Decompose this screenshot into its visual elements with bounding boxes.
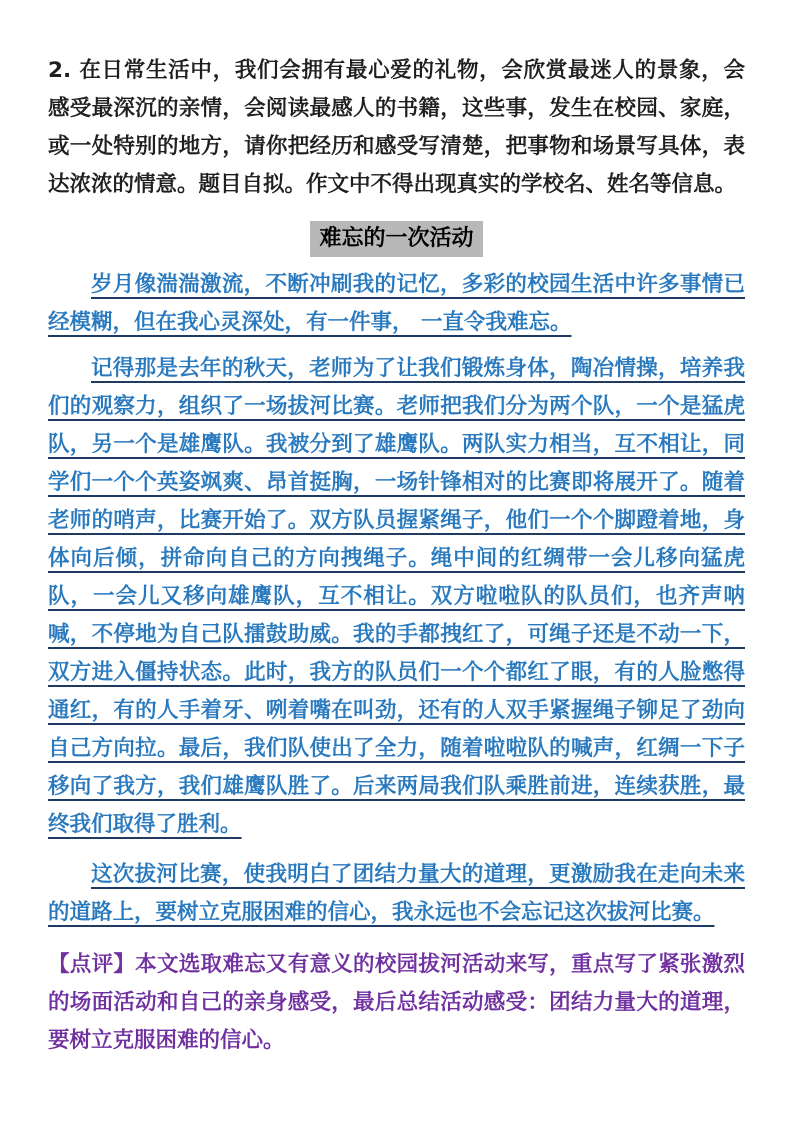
document-page: 2. 在日常生活中，我们会拥有最心爱的礼物，会欣赏最迷人的景象，会感受最深沉的亲… xyxy=(0,0,793,1122)
essay-title: 难忘的一次活动 xyxy=(310,221,482,257)
essay-paragraph: 岁月像湍湍激流，不断冲刷我的记忆，多彩的校园生活中许多事情已经模糊，但在我心灵深… xyxy=(48,266,745,342)
document-content: 2. 在日常生活中，我们会拥有最心爱的礼物，会欣赏最迷人的景象，会感受最深沉的亲… xyxy=(0,0,793,1060)
essay-paragraph: 这次拔河比赛，使我明白了团结力量大的道理，更激励我在走向未来的道路上，要树立克服… xyxy=(48,856,745,932)
essay-paragraph: 记得那是去年的秋天，老师为了让我们锻炼身体，陶冶情操，培养我们的观察力，组织了一… xyxy=(48,350,745,844)
prompt-paragraph: 2. 在日常生活中，我们会拥有最心爱的礼物，会欣赏最迷人的景象，会感受最深沉的亲… xyxy=(48,52,745,204)
review-paragraph: 【点评】本文选取难忘又有意义的校园拔河活动来写，重点写了紧张激烈的场面活动和自己… xyxy=(48,946,745,1060)
essay-title-row: 难忘的一次活动 xyxy=(48,220,745,258)
essay-body: 岁月像湍湍激流，不断冲刷我的记忆，多彩的校园生活中许多事情已经模糊，但在我心灵深… xyxy=(48,266,745,932)
